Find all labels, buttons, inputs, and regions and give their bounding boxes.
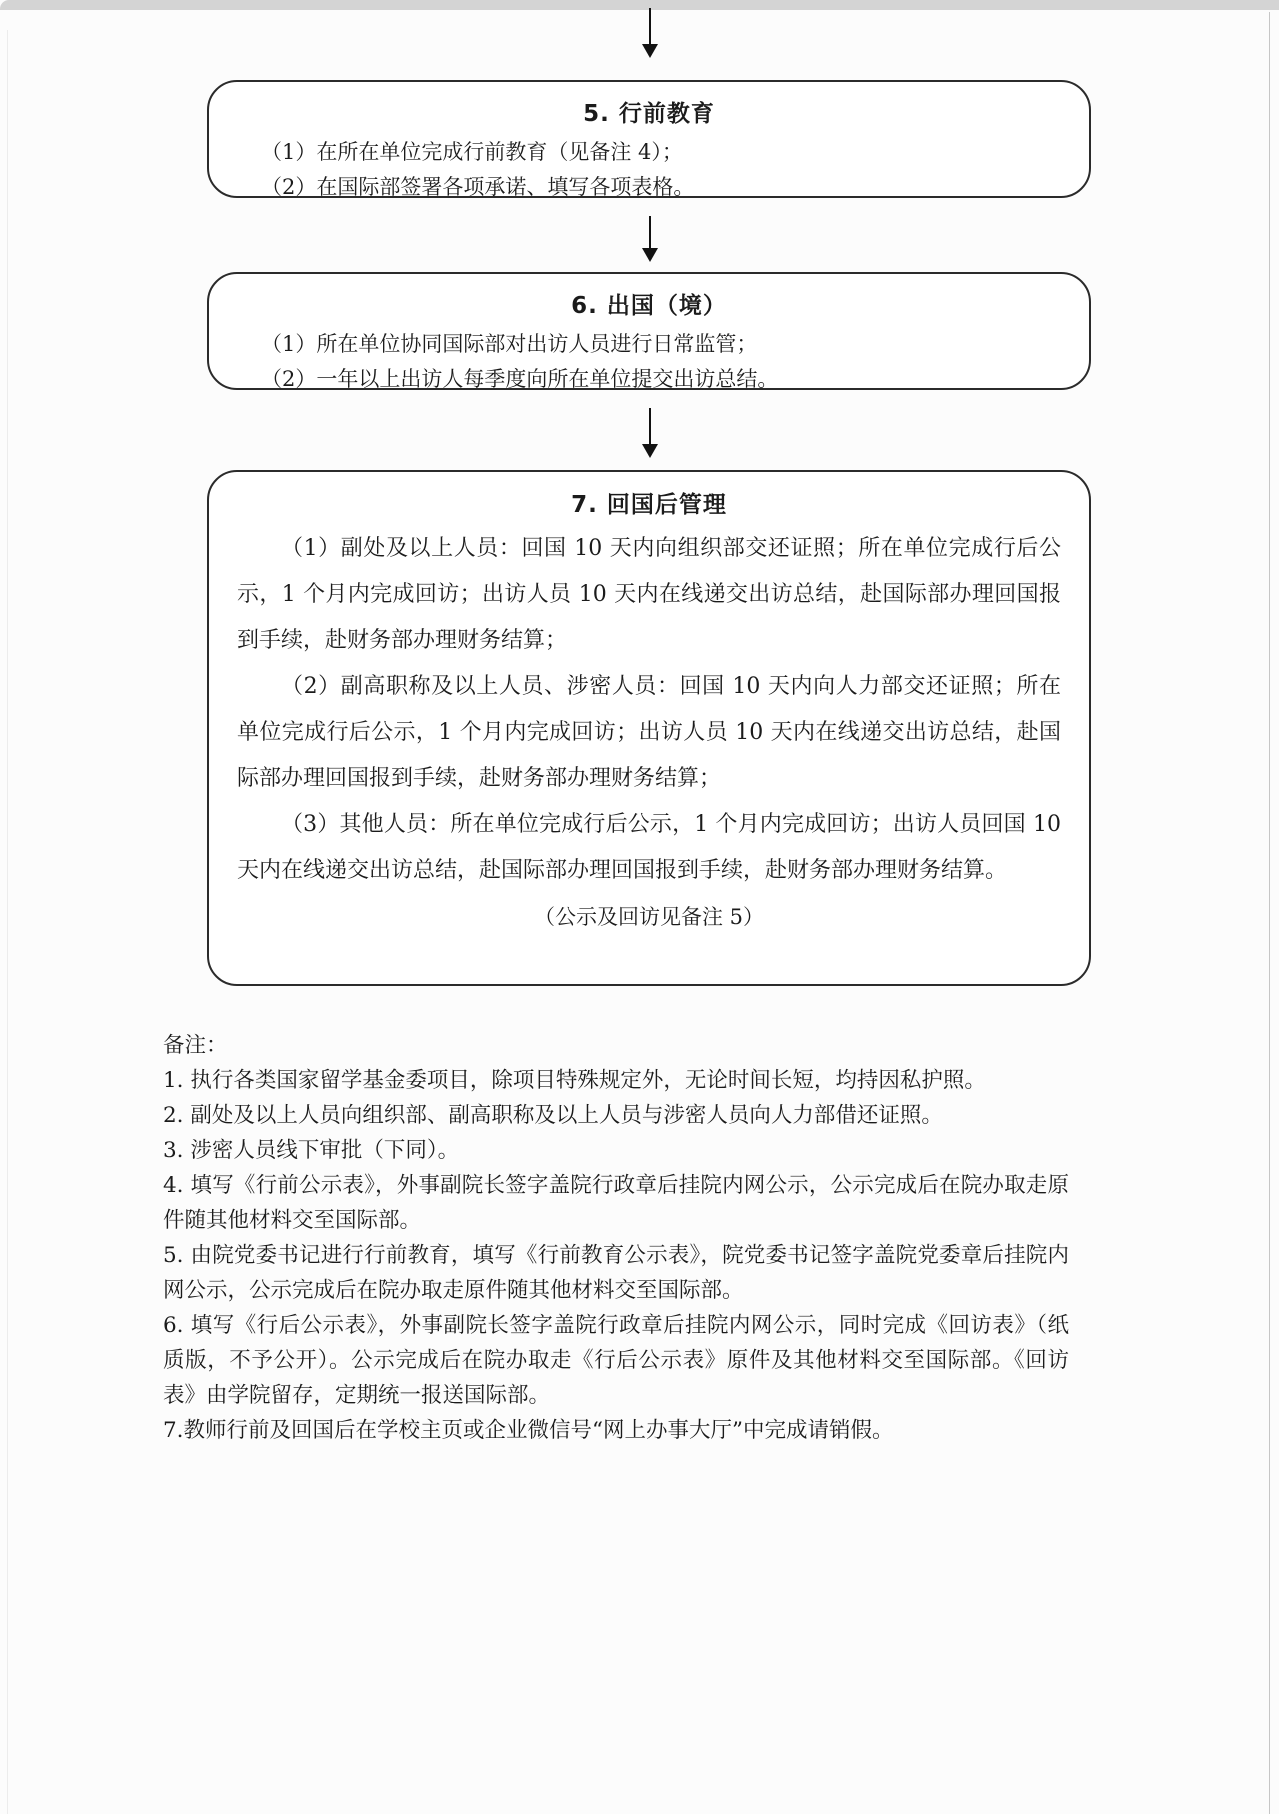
box-title: 5. 行前教育 [209,82,1089,128]
note-item: 6. 填写《行后公示表》，外事副院长签字盖院行政章后挂院内网公示，同时完成《回访… [163,1308,1069,1413]
note-item: 7.教师行前及回国后在学校主页或企业微信号“网上办事大厅”中完成请销假。 [163,1413,1069,1448]
arrow-shaft [649,216,651,248]
box-title: 7. 回国后管理 [237,486,1061,519]
flow-box-post-return-management: 7. 回国后管理 （1）副处及以上人员：回国 10 天内向组织部交还证照；所在单… [207,470,1091,986]
page-left-edge [7,30,8,1814]
box-body: （1）所在单位协同国际部对出访人员进行日常监管； （2）一年以上出访人每季度向所… [209,320,1089,397]
down-arrow-icon [642,8,658,58]
arrow-head [642,248,658,262]
down-arrow-icon [642,408,658,458]
arrow-head [642,44,658,58]
box-paragraph: （3）其他人员：所在单位完成行后公示，1 个月内完成回访；出访人员回国 10 天… [237,802,1061,894]
document-page: 5. 行前教育 （1）在所在单位完成行前教育（见备注 4）； （2）在国际部签署… [0,0,1279,1814]
down-arrow-icon [642,216,658,262]
page-top-bar [0,0,1279,10]
box-body: （1）在所在单位完成行前教育（见备注 4）； （2）在国际部签署各项承诺、填写各… [209,128,1089,205]
box-line: （1）所在单位协同国际部对出访人员进行日常监管； [261,327,1059,362]
box-line: （1）在所在单位完成行前教育（见备注 4）； [261,135,1059,170]
box-line: （2）一年以上出访人每季度向所在单位提交出访总结。 [261,362,1059,397]
note-item: 5. 由院党委书记进行行前教育，填写《行前教育公示表》，院党委书记签字盖院党委章… [163,1238,1069,1308]
note-item: 2. 副处及以上人员向组织部、副高职称及以上人员与涉密人员向人力部借还证照。 [163,1098,1069,1133]
box-paragraph: （1）副处及以上人员：回国 10 天内向组织部交还证照；所在单位完成行后公示，1… [237,526,1061,664]
arrow-shaft [649,8,651,44]
notes-heading: 备注： [163,1028,1069,1063]
box-paragraph: （2）副高职称及以上人员、涉密人员：回国 10 天内向人力部交还证照；所在单位完… [237,664,1061,802]
arrow-shaft [649,408,651,444]
note-item: 3. 涉密人员线下审批（下同）。 [163,1133,1069,1168]
box-body: （1）副处及以上人员：回国 10 天内向组织部交还证照；所在单位完成行后公示，1… [237,526,1061,894]
box-title: 6. 出国（境） [209,274,1089,320]
note-item: 1. 执行各类国家留学基金委项目，除项目特殊规定外，无论时间长短，均持因私护照。 [163,1063,1069,1098]
arrow-head [642,444,658,458]
notes-section: 备注： 1. 执行各类国家留学基金委项目，除项目特殊规定外，无论时间长短，均持因… [163,1028,1069,1448]
box-footnote: （公示及回访见备注 5） [237,894,1061,940]
box-line: （2）在国际部签署各项承诺、填写各项表格。 [261,170,1059,205]
note-item: 4. 填写《行前公示表》，外事副院长签字盖院行政章后挂院内网公示，公示完成后在院… [163,1168,1069,1238]
flow-box-going-abroad: 6. 出国（境） （1）所在单位协同国际部对出访人员进行日常监管； （2）一年以… [207,272,1091,390]
flow-box-pre-departure-education: 5. 行前教育 （1）在所在单位完成行前教育（见备注 4）； （2）在国际部签署… [207,80,1091,198]
page-right-edge [1269,12,1270,1814]
